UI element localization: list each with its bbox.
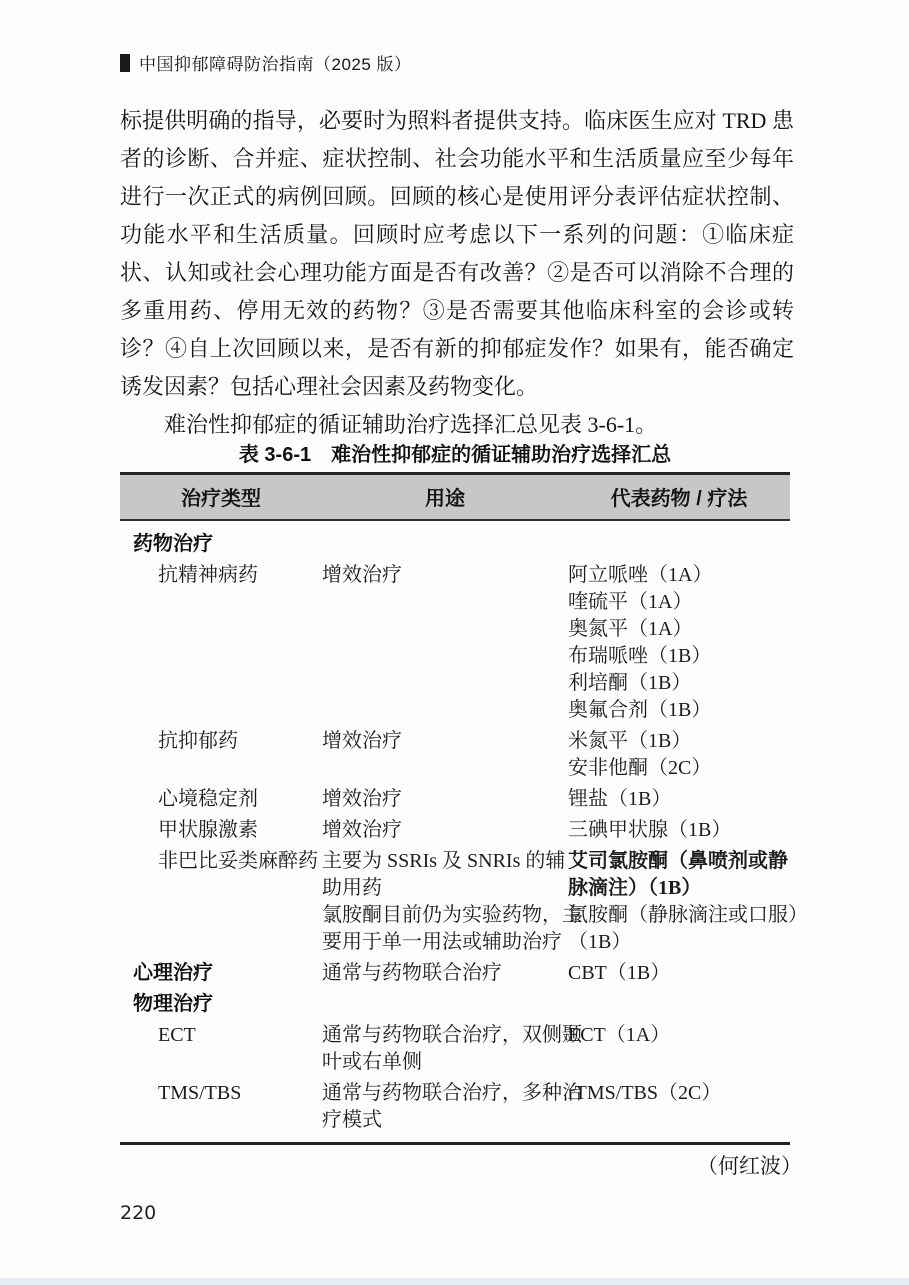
page-number: 220 [120, 1202, 156, 1224]
table-caption: 表 3-6-1 难治性抑郁症的循证辅助治疗选择汇总 [120, 438, 790, 467]
section-marker-icon [120, 54, 130, 72]
cell-line: 通常与药物联合治疗，双侧颞 [322, 1022, 568, 1049]
author-signature: （何红波） [120, 1150, 802, 1180]
cell-representative: 艾司氯胺酮（鼻喷剂或静脉滴注）（1B）氯胺酮（静脉滴注或口服）（1B） [568, 848, 790, 956]
cell-representative: 三碘甲状腺（1B） [568, 817, 790, 844]
cell-usage: 主要为 SSRIs 及 SNRIs 的辅助用药氯胺酮目前仍为实验药物，主要用于单… [322, 848, 568, 956]
cell-line: 利培酮（1B） [568, 670, 790, 697]
cell-line: 锂盐（1B） [568, 786, 790, 813]
cell-line: 助用药 [322, 875, 568, 902]
table-row: 药物治疗 [120, 531, 790, 558]
table-row: 抗抑郁药增效治疗米氮平（1B）安非他酮（2C） [120, 728, 790, 782]
body-text: 标提供明确的指导，必要时为照料者提供支持。临床医生应对 TRD 患者的诊断、合并… [120, 102, 794, 444]
table-row: 非巴比妥类麻醉药主要为 SSRIs 及 SNRIs 的辅助用药氯胺酮目前仍为实验… [120, 848, 790, 956]
cell-representative [568, 991, 790, 1018]
cell-line: 主要为 SSRIs 及 SNRIs 的辅 [322, 848, 568, 875]
cell-usage: 通常与药物联合治疗，双侧颞叶或右单侧 [322, 1022, 568, 1076]
cell-therapy-type: 物理治疗 [120, 991, 322, 1018]
cell-representative: 阿立哌唑（1A）喹硫平（1A）奥氮平（1A）布瑞哌唑（1B）利培酮（1B）奥氟合… [568, 562, 790, 724]
running-header: 中国抑郁障碍防治指南（2025 版） [120, 50, 412, 75]
cell-line: （1B） [568, 929, 790, 956]
table-row: 抗精神病药增效治疗阿立哌唑（1A）喹硫平（1A）奥氮平（1A）布瑞哌唑（1B）利… [120, 562, 790, 724]
cell-line: 阿立哌唑（1A） [568, 562, 790, 589]
cell-usage [322, 991, 568, 1018]
cell-usage [322, 531, 568, 558]
table-row: ECT通常与药物联合治疗，双侧颞叶或右单侧ECT（1A） [120, 1022, 790, 1076]
cell-line: 通常与药物联合治疗，多种治 [322, 1080, 568, 1107]
cell-usage: 通常与药物联合治疗 [322, 960, 568, 987]
cell-line: 氯胺酮目前仍为实验药物，主 [322, 902, 568, 929]
cell-line: 三碘甲状腺（1B） [568, 817, 790, 844]
cell-therapy-type: 非巴比妥类麻醉药 [120, 848, 322, 956]
cell-usage: 增效治疗 [322, 728, 568, 782]
cell-line: 喹硫平（1A） [568, 589, 790, 616]
cell-line: 增效治疗 [322, 786, 568, 813]
cell-therapy-type: 心境稳定剂 [120, 786, 322, 813]
cell-line: 脉滴注）（1B） [568, 875, 790, 902]
cell-usage: 增效治疗 [322, 562, 568, 724]
cell-therapy-type: TMS/TBS [120, 1080, 322, 1134]
column-header-usage: 用途 [322, 482, 568, 511]
column-header-therapy-type: 治疗类型 [120, 482, 322, 511]
cell-line: 增效治疗 [322, 728, 568, 755]
cell-therapy-type: ECT [120, 1022, 322, 1076]
table-row: 心境稳定剂增效治疗锂盐（1B） [120, 786, 790, 813]
cell-therapy-type: 抗精神病药 [120, 562, 322, 724]
cell-line: 叶或右单侧 [322, 1049, 568, 1076]
cell-usage: 增效治疗 [322, 817, 568, 844]
cell-representative: 锂盐（1B） [568, 786, 790, 813]
cell-representative [568, 531, 790, 558]
cell-line: 安非他酮（2C） [568, 755, 790, 782]
book-title: 中国抑郁障碍防治指南（2025 版） [139, 50, 412, 75]
cell-line: 布瑞哌唑（1B） [568, 643, 790, 670]
cell-therapy-type: 药物治疗 [120, 531, 322, 558]
cell-line: 米氮平（1B） [568, 728, 790, 755]
table-body: 药物治疗抗精神病药增效治疗阿立哌唑（1A）喹硫平（1A）奥氮平（1A）布瑞哌唑（… [120, 521, 790, 1145]
table-row: 心理治疗通常与药物联合治疗CBT（1B） [120, 960, 790, 987]
cell-representative: rTMS/TBS（2C） [568, 1080, 790, 1134]
page-bottom-band [0, 1278, 909, 1285]
cell-line: 艾司氯胺酮（鼻喷剂或静 [568, 848, 790, 875]
cell-therapy-type: 甲状腺激素 [120, 817, 322, 844]
column-header-representative: 代表药物 / 疗法 [568, 482, 790, 511]
cell-representative: ECT（1A） [568, 1022, 790, 1076]
cell-line: 奥氟合剂（1B） [568, 697, 790, 724]
cell-usage: 通常与药物联合治疗，多种治疗模式 [322, 1080, 568, 1134]
cell-line: 通常与药物联合治疗 [322, 960, 568, 987]
cell-therapy-type: 心理治疗 [120, 960, 322, 987]
cell-line: 增效治疗 [322, 562, 568, 589]
table-row: 甲状腺激素增效治疗三碘甲状腺（1B） [120, 817, 790, 844]
table-header-row: 治疗类型 用途 代表药物 / 疗法 [120, 472, 790, 521]
cell-line: 氯胺酮（静脉滴注或口服） [568, 902, 790, 929]
book-page: 中国抑郁障碍防治指南（2025 版） 标提供明确的指导，必要时为照料者提供支持。… [0, 0, 909, 1285]
cell-line: 要用于单一用法或辅助治疗 [322, 929, 568, 956]
cell-line: 增效治疗 [322, 817, 568, 844]
cell-line: 奥氮平（1A） [568, 616, 790, 643]
table-row: TMS/TBS通常与药物联合治疗，多种治疗模式rTMS/TBS（2C） [120, 1080, 790, 1134]
paragraph: 标提供明确的指导，必要时为照料者提供支持。临床医生应对 TRD 患者的诊断、合并… [120, 102, 794, 406]
cell-representative: 米氮平（1B）安非他酮（2C） [568, 728, 790, 782]
cell-line: CBT（1B） [568, 960, 790, 987]
cell-usage: 增效治疗 [322, 786, 568, 813]
evidence-table: 治疗类型 用途 代表药物 / 疗法 药物治疗抗精神病药增效治疗阿立哌唑（1A）喹… [120, 472, 790, 1145]
cell-therapy-type: 抗抑郁药 [120, 728, 322, 782]
table-row: 物理治疗 [120, 991, 790, 1018]
cell-representative: CBT（1B） [568, 960, 790, 987]
cell-line: 疗模式 [322, 1107, 568, 1134]
cell-line: ECT（1A） [568, 1022, 790, 1049]
cell-line: rTMS/TBS（2C） [568, 1080, 790, 1107]
